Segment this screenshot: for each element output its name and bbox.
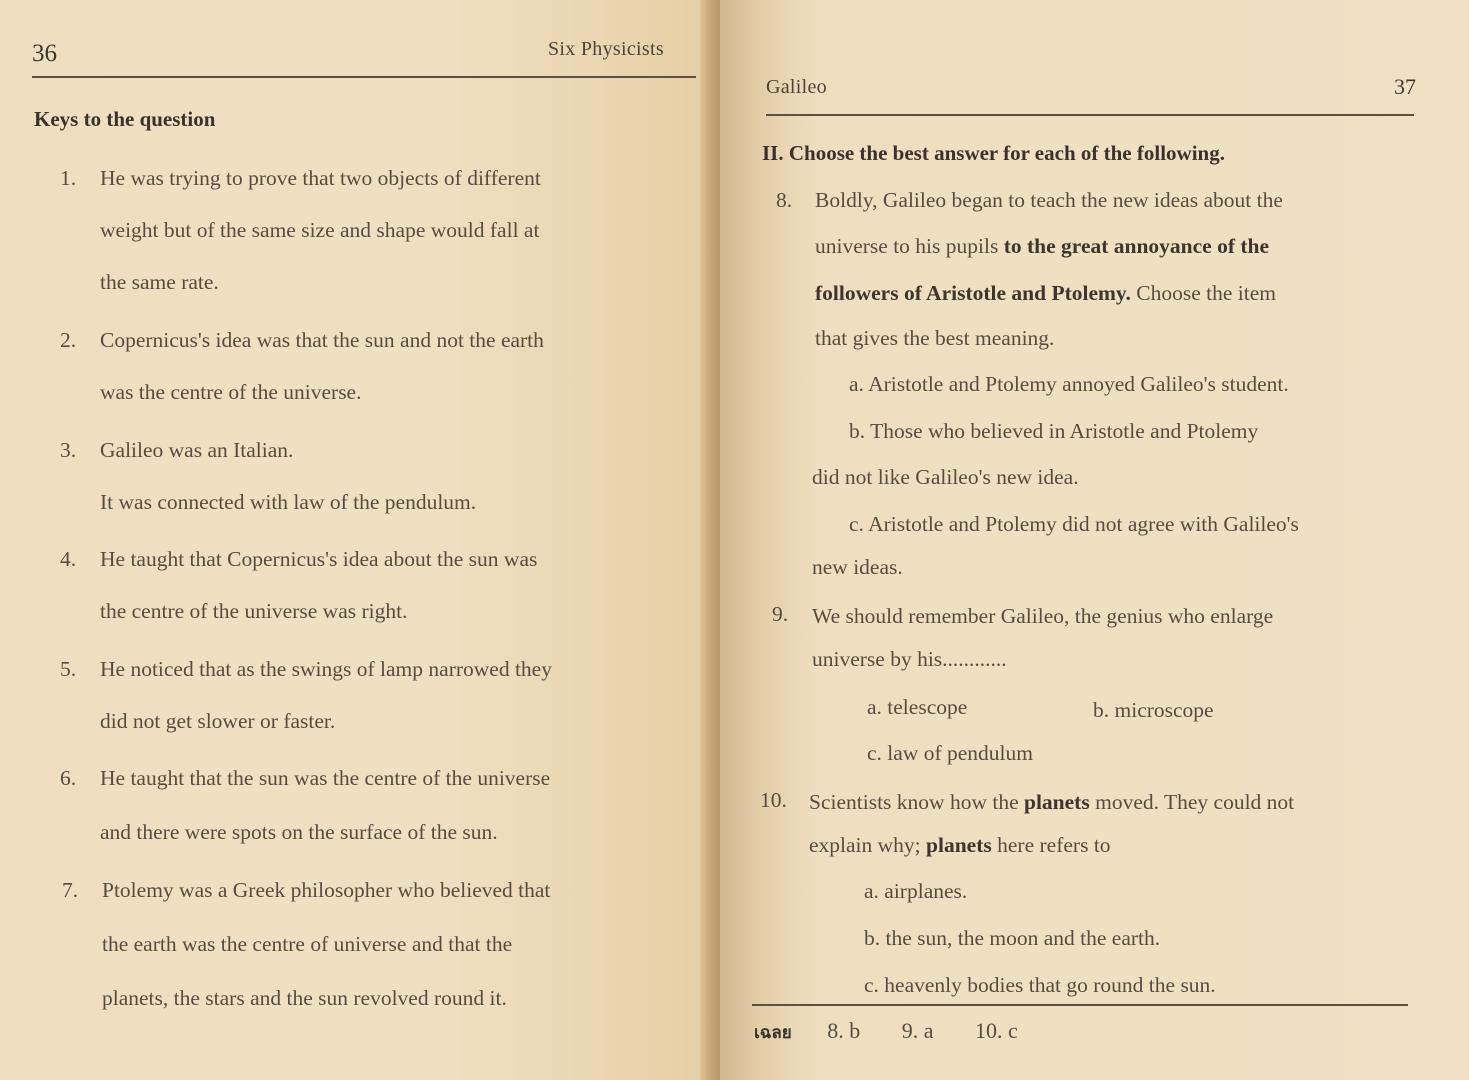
q9-option-a: a. telescope [867,695,967,720]
header-rule-left [32,76,696,78]
left-page: 36 Six Physicists Keys to the question 1… [0,0,712,1080]
item-number: 1. [60,152,76,204]
q10-option-b: b. the sun, the moon and the earth. [864,926,1160,951]
running-head-right: Galileo [766,76,827,99]
q8-option-a: a. Aristotle and Ptolemy annoyed Galileo… [849,372,1289,397]
header-rule-right [766,114,1414,116]
running-head-left: Six Physicists [548,38,664,61]
q10-option-a: a. airplanes. [864,879,967,904]
q8-option-b: b. Those who believed in Aristotle and P… [849,419,1258,444]
q9-option-c: c. law of pendulum [867,741,1033,766]
right-page: Galileo 37 II. Choose the best answer fo… [712,0,1469,1080]
keys-heading: Keys to the question [34,107,215,132]
answer-key: เฉลย 8. b 9. a 10. c [754,1018,1054,1046]
page-number-left: 36 [32,40,57,68]
answer-key-label: เฉลย [754,1023,792,1042]
q9-option-b: b. microscope [1093,698,1214,723]
footer-rule [752,1004,1408,1006]
book-gutter [700,0,720,1080]
q10-option-c: c. heavenly bodies that go round the sun… [864,973,1216,998]
section-heading: II. Choose the best answer for each of t… [762,141,1225,166]
page-number-right: 37 [1394,74,1416,100]
q8-option-c: c. Aristotle and Ptolemy did not agree w… [849,512,1299,537]
